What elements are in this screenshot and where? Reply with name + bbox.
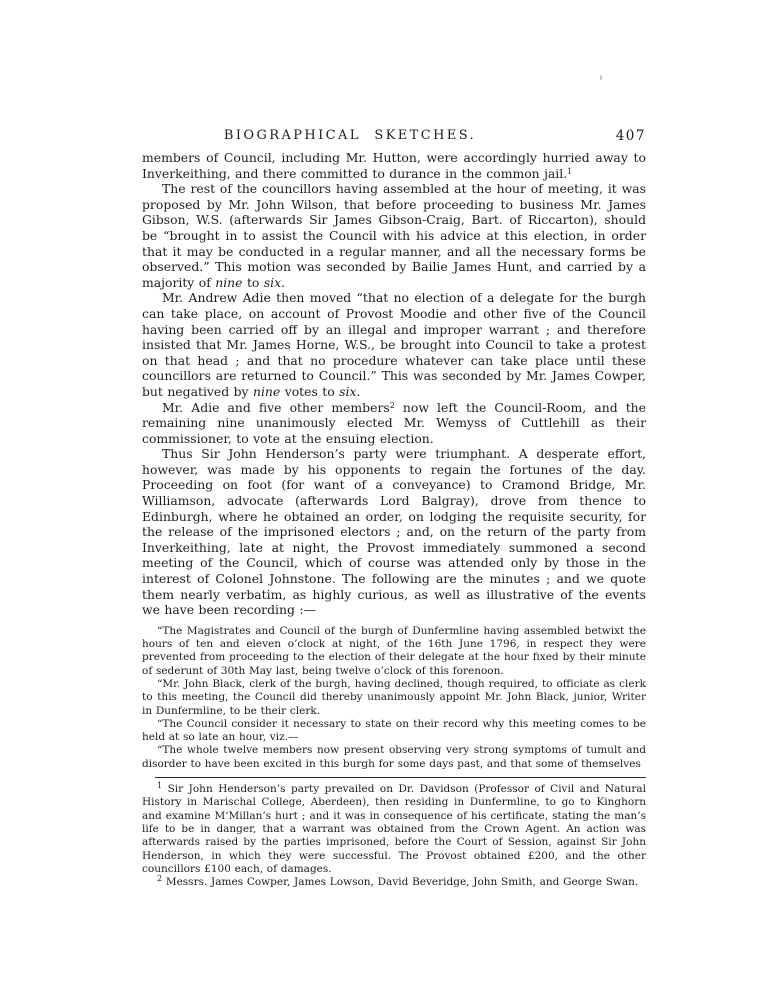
paragraph-continuation: members of Council, including Mr. Hutton… (142, 150, 646, 181)
minutes-block: “The Magistrates and Council of the burg… (142, 625, 646, 771)
text-column: members of Council, including Mr. Hutton… (142, 150, 646, 889)
footnote-2-text: Messrs. James Cowper, James Lowson, Davi… (162, 876, 638, 888)
paragraph-text: The rest of the councillors having assem… (142, 181, 646, 290)
paragraph-text: Thus Sir John Henderson’s party were tri… (142, 446, 646, 617)
paragraph-text: to (243, 275, 264, 290)
paragraph-adie-motion: Mr. Andrew Adie then moved “that no elec… (142, 290, 646, 399)
italic-word-six: six (339, 384, 356, 399)
page-header: BIOGRAPHICAL SKETCHES. 407 (142, 128, 646, 146)
italic-word-six: six (264, 275, 281, 290)
minutes-paragraph-assembly: “The Magistrates and Council of the burg… (142, 625, 646, 678)
italic-word-nine: nine (215, 275, 242, 290)
paragraph-henderson-triumph: Thus Sir John Henderson’s party were tri… (142, 446, 646, 618)
running-title: BIOGRAPHICAL SKETCHES. (142, 128, 558, 143)
footnote-rule (155, 777, 646, 778)
paragraph-text: votes to (280, 384, 339, 399)
footnote-ref-1: 1 (567, 167, 572, 176)
book-page: BIOGRAPHICAL SKETCHES. 407 members of Co… (0, 0, 782, 1000)
paragraph-text: members of Council, including Mr. Hutton… (142, 150, 646, 181)
page-number: 407 (616, 128, 646, 144)
paragraph-members-left: Mr. Adie and five other members2 now lef… (142, 400, 646, 447)
scan-speck (600, 75, 602, 80)
minutes-paragraph-record: “The Council consider it necessary to st… (142, 718, 646, 745)
paragraph-text: Mr. Adie and five other members (162, 400, 390, 415)
footnote-1: 1 Sir John Henderson’s party prevailed o… (142, 783, 646, 876)
footnote-2: 2 Messrs. James Cowper, James Lowson, Da… (142, 876, 646, 889)
footnotes-block: 1 Sir John Henderson’s party prevailed o… (142, 777, 646, 889)
paragraph-text: Mr. Andrew Adie then moved “that no elec… (142, 290, 646, 399)
footnote-1-text: Sir John Henderson’s party prevailed on … (142, 783, 646, 875)
paragraph-council-motion: The rest of the councillors having assem… (142, 181, 646, 290)
minutes-paragraph-tumult: “The whole twelve members now present ob… (142, 744, 646, 771)
italic-word-nine: nine (253, 384, 280, 399)
minutes-paragraph-clerk: “Mr. John Black, clerk of the burgh, hav… (142, 678, 646, 718)
paragraph-text: . (281, 275, 285, 290)
paragraph-text: . (356, 384, 360, 399)
